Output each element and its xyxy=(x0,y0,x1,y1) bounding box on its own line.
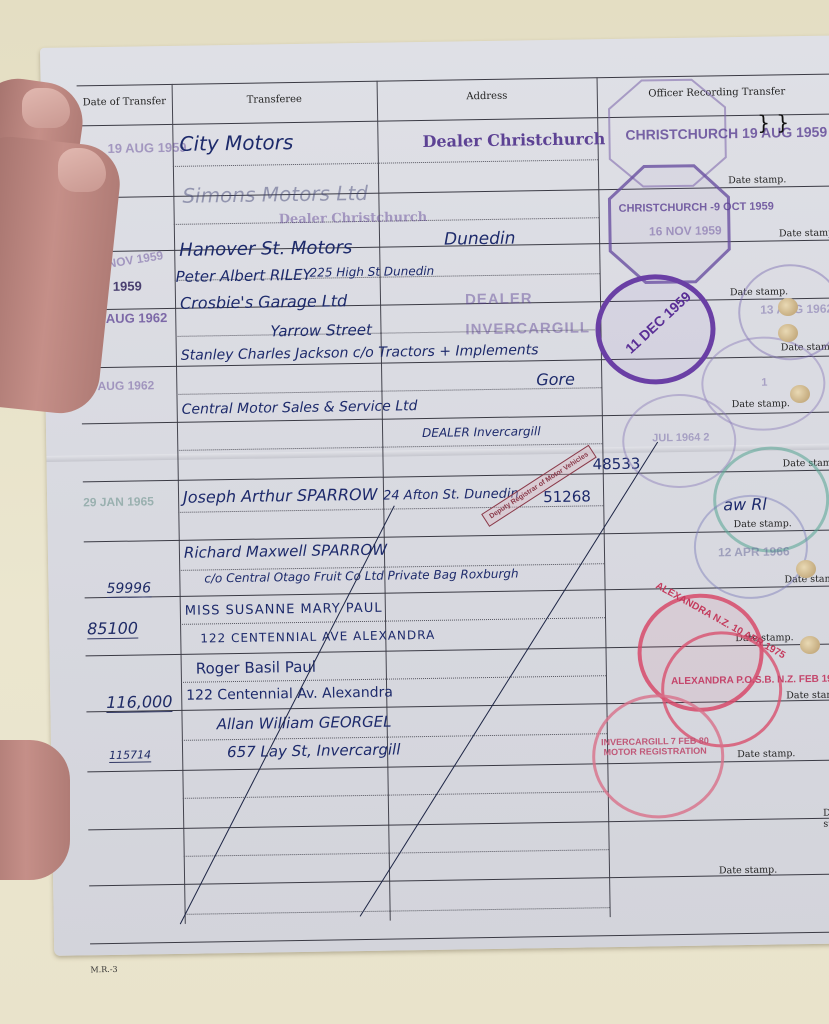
address-entry: Yarrow Street xyxy=(270,321,372,341)
officer-stamp-text: ALEXANDRA P.O.S.B. N.Z. FEB 1978 xyxy=(671,673,829,687)
address-entry: Dealer Christchurch xyxy=(279,210,428,227)
punch-hole xyxy=(800,636,820,654)
date-stamp-label: Date stamp. xyxy=(823,807,829,830)
transferee-name: City Motors xyxy=(179,130,293,156)
punch-hole xyxy=(790,385,810,403)
date-entry: 29 JAN 1965 xyxy=(83,494,154,509)
address-entry: 122 CENTENNIAL AVE ALEXANDRA xyxy=(200,628,435,646)
form-code: M.R.-3 xyxy=(90,965,117,974)
address-entry: 122 Centennial Av. Alexandra xyxy=(186,685,393,704)
deputy-registrar-stamp: Deputy Registrar of Motor Vehicles xyxy=(481,445,597,527)
punch-hole xyxy=(796,560,816,578)
date-stamp-label: Date stamp. xyxy=(786,689,829,701)
address-entry: Dunedin xyxy=(444,229,516,250)
address-entry: 225 High St Dunedin xyxy=(309,264,434,280)
officer-stamp-text: INVERCARGILL 7 FEB 80 MOTOR REGISTRATION xyxy=(592,735,718,757)
address-entry: Gore xyxy=(536,370,575,390)
officer-stamp-text: 12 APR 1966 xyxy=(718,544,790,559)
transferee-name: Peter Albert RILEY xyxy=(175,266,311,286)
officer-stamp-text: 1 xyxy=(761,377,767,389)
punch-hole xyxy=(778,298,798,316)
address-entry: Dealer Christchurch xyxy=(422,129,605,151)
header-date-of-transfer: Date of Transfer xyxy=(77,96,172,108)
header-address: Address xyxy=(377,89,597,103)
header-transferee: Transferee xyxy=(172,93,377,107)
transferee-name: Roger Basil Paul xyxy=(196,658,317,678)
table-bottom-border xyxy=(90,931,829,944)
row-line xyxy=(88,817,829,830)
punch-hole xyxy=(778,324,798,342)
vehicle-transfer-record-form: Date of Transfer Transferee Address Offi… xyxy=(40,35,829,955)
date-entry: 19 AUG 1959 xyxy=(107,140,186,156)
address-entry: 657 Lay St, Invercargill xyxy=(227,740,401,761)
officer-stamp-text: JUL 1964 2 xyxy=(652,432,709,445)
pen-marks: } } xyxy=(757,110,789,134)
odometer-reading: 59996 xyxy=(106,580,151,598)
thumbnail xyxy=(22,88,70,128)
reference-number: 51268 xyxy=(543,487,591,506)
row-dotted xyxy=(177,443,602,451)
transferee-name: Richard Maxwell SPARROW xyxy=(184,541,387,562)
transferee-name: MISS SUSANNE MARY PAUL xyxy=(185,601,383,619)
transferee-name: Hanover St. Motors xyxy=(179,237,352,261)
transferee-name: Crosbie's Garage Ltd xyxy=(180,291,347,313)
address-entry: DEALER Invercargill xyxy=(422,424,541,440)
bottom-finger xyxy=(0,740,70,880)
officer-stamp-text: CHRISTCHURCH 19 AUG 1959 xyxy=(625,124,827,143)
transferee-name: Joseph Arthur SPARROW xyxy=(183,485,378,507)
transferee-name: Simons Motors Ltd xyxy=(182,181,368,208)
address-entry: 24 Afton St. Dunedin xyxy=(383,487,519,504)
date-stamp-label: Date stamp. xyxy=(737,748,795,760)
transfer-table: Date of Transfer Transferee Address Offi… xyxy=(77,73,829,935)
odometer-reading: 116,000 xyxy=(106,692,172,713)
officer-stamp-text: CHRISTCHURCH -9 OCT 1959 xyxy=(619,200,774,214)
officer-signature: aw Rl xyxy=(723,495,767,515)
odometer-reading: 85100 xyxy=(87,619,138,640)
transferee-name: Allan William GEORGEL xyxy=(217,713,392,734)
officer-stamp-text: 16 NOV 1959 xyxy=(649,223,722,238)
date-stamp-label: Date stamp. xyxy=(719,865,777,877)
dealer-stamp: DEALER INVERCARGILL xyxy=(465,283,586,345)
row-dotted xyxy=(185,907,610,915)
row-dotted xyxy=(173,159,598,167)
odometer-reading: 115714 xyxy=(109,748,151,763)
date-stamp-label: Date stamp. xyxy=(779,228,829,240)
date-stamp-label: Date stamp. xyxy=(728,174,786,186)
row-dotted xyxy=(180,617,605,625)
